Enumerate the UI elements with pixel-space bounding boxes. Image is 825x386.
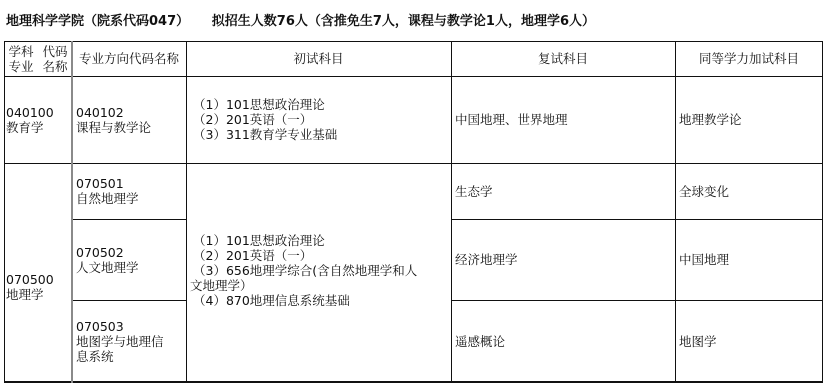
extra-cell-040102: 地理教学论 [677, 76, 823, 163]
header-initial-exam: 初试科目 [186, 41, 451, 76]
border-col4 [675, 41, 676, 383]
extra-cell-070501: 全球变化 [677, 163, 823, 219]
exam-cell-040100: （1）101思想政治理论 （2）201英语（一） （3）311教育学专业基础 [188, 76, 451, 163]
page-title: 地理科学学院（院系代码047） 拟招生人数76人（含推免生7人，课程与教学论1人… [6, 10, 595, 29]
border-header-bottom [4, 76, 823, 77]
direction-cell-070501: 070501 自然地理学 [74, 163, 186, 219]
school-title: 地理科学学院（院系代码047） [6, 14, 189, 29]
border-right [822, 41, 823, 383]
border-sub2 [72, 300, 186, 301]
header-equivalent-exam: 同等学力加试科目 [675, 41, 823, 76]
admission-table: 学科专业 代码名称 专业方向 代码名称 初试科目 复试科目 同等学力加试科目 0… [4, 41, 823, 382]
border-left [4, 41, 5, 383]
border-col2 [186, 41, 187, 383]
retest-cell-070501: 生态学 [453, 163, 675, 219]
retest-cell-070502: 经济地理学 [453, 219, 675, 300]
border-row1-bottom [4, 163, 823, 164]
major-cell-070500: 070500 地理学 [4, 163, 72, 382]
enrollment-info: 拟招生人数76人（含推免生7人，课程与教学论1人，地理学6人） [212, 14, 595, 29]
retest-cell-040102: 中国地理、世界地理 [453, 76, 675, 163]
border-sub1 [72, 219, 186, 220]
border-col1 [71, 41, 73, 383]
border-top [4, 41, 823, 42]
extra-cell-070502: 中国地理 [677, 219, 823, 300]
header-major-code: 学科专业 代码名称 [4, 41, 72, 76]
exam-cell-070500: （1）101思想政治理论 （2）201英语（一） （3）656地理学综合(含自然… [188, 163, 451, 382]
retest-cell-070503: 遥感概论 [453, 300, 675, 382]
border-sub2-right [451, 300, 823, 301]
extra-cell-070503: 地图学 [677, 300, 823, 382]
direction-cell-040102: 040102 课程与教学论 [74, 76, 186, 163]
major-cell-040100: 040100 教育学 [4, 76, 72, 163]
border-sub1-right [451, 219, 823, 220]
direction-cell-070502: 070502 人文地理学 [74, 219, 186, 300]
direction-cell-070503: 070503 地图学与地理信 息系统 [74, 300, 186, 382]
header-direction-code: 专业方向 代码名称 [72, 41, 186, 76]
header-retest: 复试科目 [451, 41, 675, 76]
border-bottom [4, 381, 823, 383]
border-col3 [451, 41, 452, 383]
